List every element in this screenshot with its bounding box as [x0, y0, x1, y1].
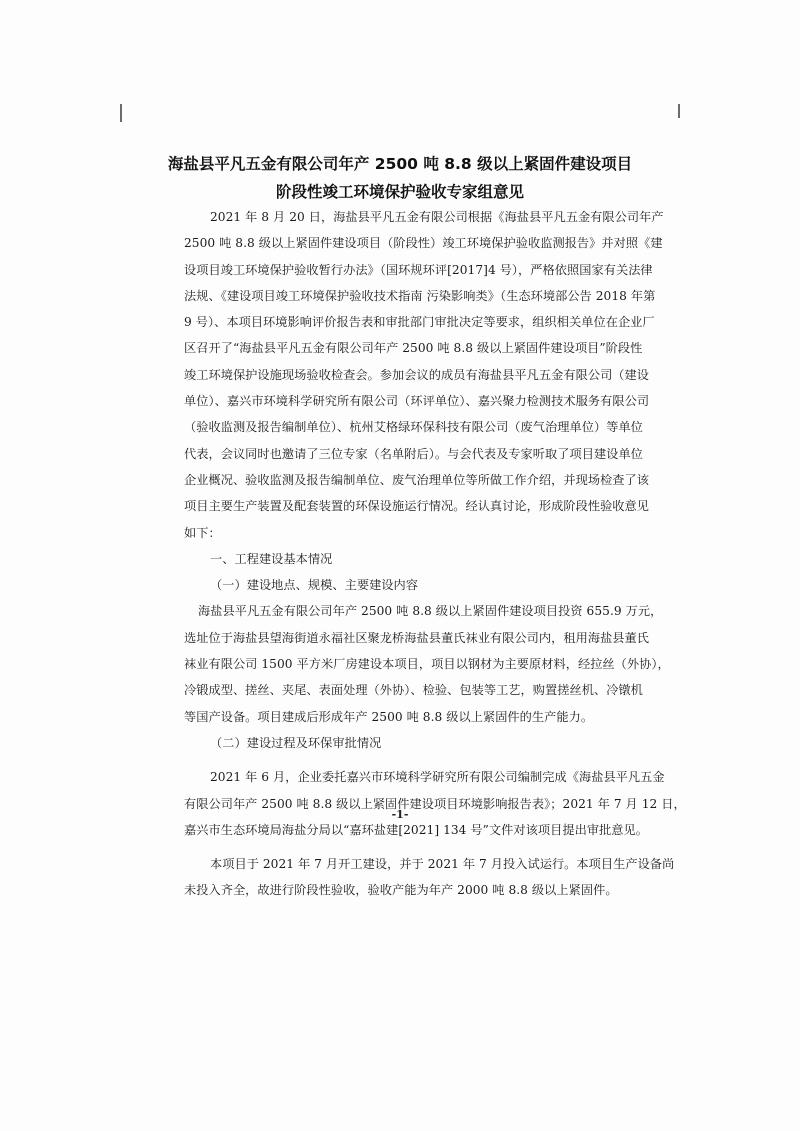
text-line: 9 号）、本项目环境影响评价报告表和审批部门审批决定等要求，组织相关单位在企业厂: [184, 309, 646, 335]
subsection-heading: （一）建设地点、规模、主要建设内容: [184, 572, 646, 598]
subsection-2-paragraph-1: 2021 年 6 月，企业委托嘉兴市环境科学研究所有限公司编制完成《海盐县平凡五…: [184, 764, 646, 843]
spacer: [184, 756, 646, 764]
binding-mark-left: [120, 104, 122, 122]
text-line: 单位）、嘉兴市环境科学研究所有限公司（环评单位）、嘉兴聚力检测技术服务有限公司: [184, 388, 646, 414]
text-line: 企业概况、验收监测及报告编制单位、废气治理单位等所做工作介绍，并现场检查了该: [184, 467, 646, 493]
text-line: 代表，会议同时也邀请了三位专家（名单附后）。与会代表及专家听取了项目建设单位: [184, 441, 646, 467]
page-number: -1-: [0, 808, 800, 821]
text-line: （验收监测及报告编制单位）、杭州艾格绿环保科技有限公司（废气治理单位）等单位: [184, 414, 646, 440]
text-line: 法规、《建设项目竣工环境保护验收技术指南 污染影响类》（生态环境部公告 2018…: [184, 283, 646, 309]
text-line: 项目主要生产装置及配套装置的环保设施运行情况。经认真讨论，形成阶段性验收意见: [184, 493, 646, 519]
text-line: 区召开了“海盐县平凡五金有限公司年产 2500 吨 8.8 级以上紧固件建设项目…: [184, 335, 646, 361]
text-line: 未投入齐全，故进行阶段性验收，验收产能为年产 2000 吨 8.8 级以上紧固件…: [184, 877, 646, 903]
text-line: 冷锻成型、搓丝、夹尾、表面处理（外协）、检验、包装等工艺，购置搓丝机、冷镦机: [184, 677, 646, 703]
text-line: 选址位于海盐县望海街道永福社区聚龙桥海盐县董氏袜业有限公司内，租用海盐县董氏: [184, 625, 646, 651]
spacer: [184, 843, 646, 851]
text-line: 海盐县平凡五金有限公司年产 2500 吨 8.8 级以上紧固件建设项目投资 65…: [184, 598, 646, 624]
subsection-2-paragraph-2: 本项目于 2021 年 7 月开工建设，并于 2021 年 7 月投入试运行。本…: [184, 851, 646, 904]
text-line: 竣工环境保护设施现场验收检查会。参加会议的成员有海盐县平凡五金有限公司（建设: [184, 362, 646, 388]
subsection-1-paragraph: 海盐县平凡五金有限公司年产 2500 吨 8.8 级以上紧固件建设项目投资 65…: [184, 598, 646, 729]
text-line: 设项目竣工环境保护验收暂行办法》（国环规环评[2017]4 号），严格依照国家有…: [184, 257, 646, 283]
binding-mark-right: [678, 104, 680, 118]
text-line: 袜业有限公司 1500 平方米厂房建设本项目，项目以钢材为主要原材料，经拉丝（外…: [184, 651, 646, 677]
document-title-line2: 阶段性竣工环境保护验收专家组意见: [0, 180, 800, 202]
section-heading: 一、工程建设基本情况: [184, 546, 646, 572]
intro-paragraph: 2021 年 8 月 20 日，海盐县平凡五金有限公司根据《海盐县平凡五金有限公…: [184, 204, 646, 546]
document-page: 海盐县平凡五金有限公司年产 2500 吨 8.8 级以上紧固件建设项目 阶段性竣…: [0, 0, 800, 1131]
text-line: 本项目于 2021 年 7 月开工建设，并于 2021 年 7 月投入试运行。本…: [184, 851, 646, 877]
section-1: 一、工程建设基本情况 （一）建设地点、规模、主要建设内容 海盐县平凡五金有限公司…: [184, 546, 646, 904]
subsection-heading: （二）建设过程及环保审批情况: [184, 730, 646, 756]
document-body: 2021 年 8 月 20 日，海盐县平凡五金有限公司根据《海盐县平凡五金有限公…: [184, 204, 646, 904]
text-line: 2500 吨 8.8 级以上紧固件建设项目（阶段性）竣工环境保护验收监测报告》并…: [184, 230, 646, 256]
text-line: 2021 年 8 月 20 日，海盐县平凡五金有限公司根据《海盐县平凡五金有限公…: [184, 204, 646, 230]
text-line: 如下：: [184, 520, 646, 546]
text-line: 2021 年 6 月，企业委托嘉兴市环境科学研究所有限公司编制完成《海盐县平凡五…: [184, 764, 646, 790]
text-line: 等国产设备。项目建成后形成年产 2500 吨 8.8 级以上紧固件的生产能力。: [184, 704, 646, 730]
document-title-line1: 海盐县平凡五金有限公司年产 2500 吨 8.8 级以上紧固件建设项目: [0, 152, 800, 174]
